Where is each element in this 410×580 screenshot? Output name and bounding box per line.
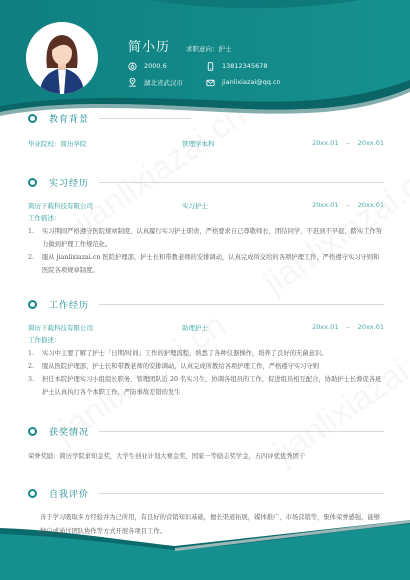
education-section: 教育背景 毕业院校：简历学院 管理学本科 20xx.01–20xx.01 xyxy=(28,110,384,148)
birth-info: 2000.6 xyxy=(128,62,206,71)
email-address: jianlixiazai@qq.cn xyxy=(222,78,281,86)
section-divider xyxy=(99,431,384,432)
list-item: 3. 担任本院护理实习小组组长职务，管理团队近 20 名实习生，协调各组员的工作… xyxy=(28,373,384,399)
avatar xyxy=(26,22,98,94)
date-range: 20xx.01–20xx.01 xyxy=(312,201,384,209)
email-info: jianlixiazai@qq.cn xyxy=(206,78,281,87)
description-label: 工作描述： xyxy=(28,213,384,223)
awards-text: 荣誉奖励：简历学院求知金奖，大学生创业计划大赛金奖，国家一等励志奖学金，五四评优… xyxy=(28,451,384,460)
company: 简历下载科技有限公司 xyxy=(28,323,182,332)
date-range: 20xx.01–20xx.01 xyxy=(312,139,384,147)
date-range: 20xx.01–20xx.01 xyxy=(312,323,384,331)
section-divider xyxy=(99,493,384,494)
location-info: 湖北省武汉市 xyxy=(128,78,206,87)
section-divider xyxy=(99,118,191,119)
section-title: 工作经历 xyxy=(49,298,89,311)
birth-date: 2000.6 xyxy=(144,62,167,70)
resume-page: jianlixiazai.cn jianlixiazai.cn jianlixi… xyxy=(0,0,410,580)
awards-section: 获奖情况 荣誉奖励：简历学院求知金奖，大学生创业计划大赛金奖，国家一等励志奖学金… xyxy=(28,423,384,460)
school: 毕业院校：简历学院 xyxy=(28,139,182,148)
major: 管理学本科 xyxy=(182,139,312,148)
section-bullet-icon xyxy=(28,114,37,123)
list-item: 2. 服从 jianlixiazai.cn 医院护理部，护士长和带教老师的安排调… xyxy=(28,251,384,277)
company: 简历下载科技有限公司 xyxy=(28,201,182,210)
location: 湖北省武汉市 xyxy=(144,78,183,87)
job-intent: 求职意向：护士 xyxy=(186,44,232,53)
section-title: 获奖情况 xyxy=(49,425,89,438)
header-name-row: 简小历 求职意向：护士 xyxy=(128,36,232,55)
contact-info: 2000.6 13812345678 湖北省武汉市 jianlixiaza xyxy=(128,58,298,90)
section-divider xyxy=(99,182,384,183)
phone-number: 13812345678 xyxy=(222,62,268,70)
section-bullet-icon xyxy=(28,178,37,187)
description-list: 1. 实习期间严格遵守医院规章制度，认真履行实习护士职责，严格要求自己尊敬师长，… xyxy=(28,225,384,277)
location-pin-icon xyxy=(128,78,137,87)
section-title: 自我评价 xyxy=(49,487,89,500)
list-item: 1. 实习期间严格遵守医院规章制度，认真履行实习护士职责，严格要求自己尊敬师长，… xyxy=(28,225,384,251)
section-bullet-icon xyxy=(28,427,37,436)
list-item: 1. 实习中主要了解了护士「日期/时间」工作的护理流程，熟悉了各种仪器操作，培养… xyxy=(28,347,384,360)
list-item: 2. 服从医院护理部，护士长和带教老师的安排调动，认真完成所教给各项护理工作，严… xyxy=(28,360,384,373)
section-bullet-icon xyxy=(28,300,37,309)
work-section: 工作经历 简历下载科技有限公司 助理护士 20xx.01–20xx.01 工作描… xyxy=(28,296,384,399)
birthday-icon xyxy=(128,62,137,71)
description-label: 工作描述： xyxy=(28,335,384,345)
avatar-illustration-icon xyxy=(26,22,98,94)
section-title: 实习经历 xyxy=(49,176,89,189)
internship-section: 实习经历 简历下载科技有限公司 实习护士 20xx.01–20xx.01 工作描… xyxy=(28,174,384,277)
section-title: 教育背景 xyxy=(49,112,89,125)
position: 实习护士 xyxy=(182,201,312,210)
self-evaluation-text: 善于学习吸取多方经验并为己所用，有良好的营销知识基础，擅长渠道拓展，媒体推广，市… xyxy=(28,511,384,539)
candidate-name: 简小历 xyxy=(128,36,170,55)
phone-icon xyxy=(206,62,215,71)
self-evaluation-section: 自我评价 善于学习吸取多方经验并为己所用，有良好的营销知识基础，擅长渠道拓展，媒… xyxy=(28,485,384,539)
description-list: 1. 实习中主要了解了护士「日期/时间」工作的护理流程，熟悉了各种仪器操作，培养… xyxy=(28,347,384,399)
section-bullet-icon xyxy=(28,489,37,498)
phone-info: 13812345678 xyxy=(206,62,268,71)
mail-icon xyxy=(206,78,215,87)
section-divider xyxy=(99,304,384,305)
position: 助理护士 xyxy=(182,323,312,332)
